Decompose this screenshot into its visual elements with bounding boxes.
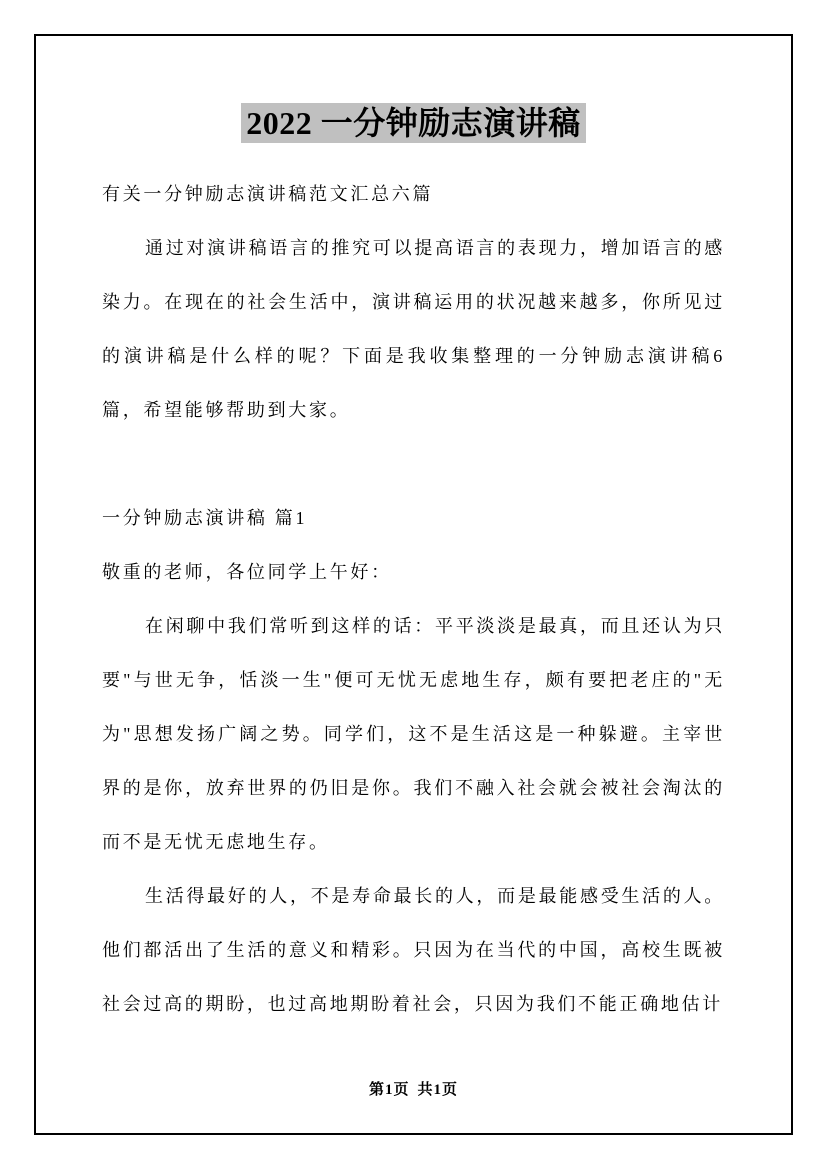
page-number-label: 第1页 (369, 1082, 410, 1098)
page-border: 2022 一分钟励志演讲稿 有关一分钟励志演讲稿范文汇总六篇 通过对演讲稿语言的… (34, 34, 793, 1135)
title-highlight: 2022 一分钟励志演讲稿 (241, 103, 586, 143)
page-total-label: 共1页 (418, 1082, 459, 1098)
page-footer: 第1页共1页 (34, 1082, 793, 1099)
paragraph-overview: 通过对演讲稿语言的推究可以提高语言的表现力，增加语言的感染力。在现在的社会生活中… (102, 221, 725, 437)
paragraph-speech-body-1: 在闲聊中我们常听到这样的话：平平淡淡是最真，而且还认为只要"与世无争，恬淡一生"… (102, 599, 725, 869)
paragraph-salutation: 敬重的老师，各位同学上午好： (102, 545, 725, 599)
paragraph-intro: 有关一分钟励志演讲稿范文汇总六篇 (102, 167, 725, 221)
document-title: 2022 一分钟励志演讲稿 (102, 103, 725, 143)
document-page: 2022 一分钟励志演讲稿 有关一分钟励志演讲稿范文汇总六篇 通过对演讲稿语言的… (0, 0, 827, 1170)
paragraph-speech-body-2: 生活得最好的人，不是寿命最长的人，而是最能感受生活的人。他们都活出了生活的意义和… (102, 869, 725, 1031)
section-heading-part-1: 一分钟励志演讲稿 篇1 (102, 491, 725, 545)
document-body: 有关一分钟励志演讲稿范文汇总六篇 通过对演讲稿语言的推究可以提高语言的表现力，增… (102, 167, 725, 1031)
